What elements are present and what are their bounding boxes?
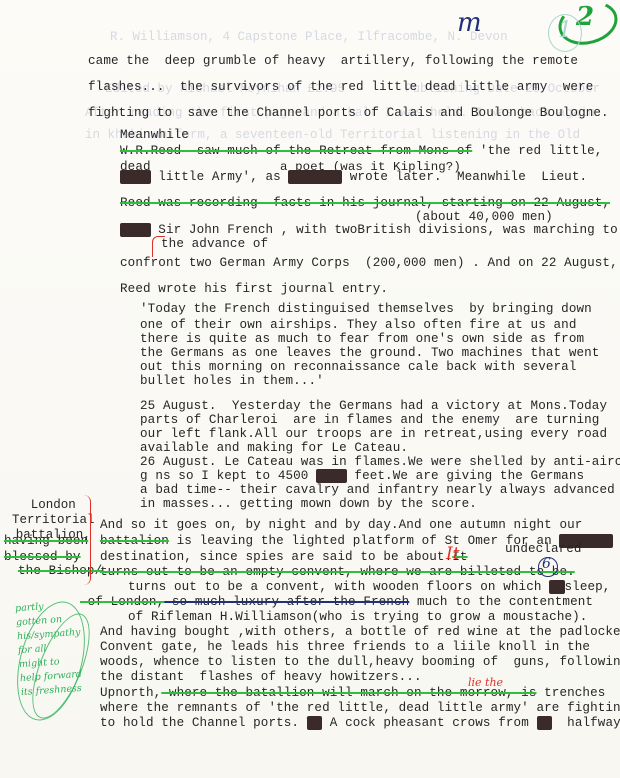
- insertion-caret: [152, 236, 165, 257]
- text-span: halfway: [552, 716, 620, 730]
- circled-number-text: 6: [542, 556, 551, 572]
- margin-struck-text: blessed by: [4, 550, 81, 564]
- text-span: wrote later. Meanwhile Lieut.: [342, 170, 587, 184]
- text-line: turns out to be a convent, with wooden f…: [128, 580, 610, 594]
- text-span: turns out to be a convent, with wooden f…: [128, 580, 549, 594]
- journal-line: there is quite as much to fear from one'…: [140, 332, 584, 346]
- show-through-text: R. Williamson, 4 Capstone Place, Ilfraco…: [110, 30, 508, 44]
- blacked-out-text: on: [537, 716, 552, 730]
- text-span: Upnorth,: [100, 686, 161, 700]
- text-line: destination, since spies are said to be …: [100, 550, 468, 564]
- blacked-out-text: Kipling: [288, 170, 342, 184]
- struck-text: battalion: [100, 534, 169, 548]
- insert-meanwhile: Meanwhile: [120, 128, 189, 142]
- blacked-out-text: we: [549, 580, 564, 594]
- text-line: flashes... the survivors of the red litt…: [88, 80, 593, 94]
- blacked-out-text: feet: [316, 469, 347, 483]
- text-line: of London, so much luxury after the Fren…: [80, 595, 593, 609]
- journal-line: parts of Charleroi are in flames and the…: [140, 413, 599, 427]
- insert-advance: the advance of: [161, 237, 268, 251]
- text-span: destination, since spies are said to be …: [100, 550, 452, 564]
- green-margin-note: partly gotten on his/sympathy for all mi…: [15, 598, 85, 700]
- text-line: Reed wrote his first journal entry.: [120, 282, 388, 296]
- text-line: Reed was recording facts in his journal,…: [120, 196, 610, 210]
- struck-line: turns out to be an empty convent, where …: [100, 565, 575, 579]
- text-line: the distant flashes of heavy howitzers..…: [100, 670, 422, 684]
- struck-text: W.R.Reed saw much of the Retreat from Mo…: [120, 144, 472, 158]
- journal-line: g ns so I kept to 4500 feet feet.We are …: [140, 469, 584, 483]
- text-span: sleep,: [565, 580, 611, 594]
- journal-line: 26 August. Le Cateau was in flames.We we…: [140, 455, 620, 469]
- struck-text: so much luxury after the French: [164, 595, 409, 609]
- journal-line: 'Today the French distinguised themselve…: [140, 302, 592, 316]
- faded-page-number: 1: [558, 18, 572, 43]
- insert-40000-men: (about 40,000 men): [415, 210, 553, 224]
- text-span: g ns so I kept to 4500: [140, 469, 316, 483]
- journal-line: a bad time-- their cavalry and infantry …: [140, 483, 615, 497]
- journal-line: the Germans as one leaves the ground. Tw…: [140, 346, 599, 360]
- text-line: And so it goes on, by night and by day.A…: [100, 518, 582, 532]
- text-line: Convent gate, he leads his three friends…: [100, 640, 590, 654]
- manuscript-page: R. Williamson, 4 Capstone Place, Ilfraco…: [0, 0, 620, 778]
- text-line: Upnorth, where the batallion will march …: [100, 686, 605, 700]
- initial-mark: m: [457, 8, 482, 38]
- text-line: came the deep grumble of heavy artillery…: [88, 54, 578, 68]
- journal-line: our left flank.All our troops are in ret…: [140, 427, 607, 441]
- struck-text: where the batallion will march on the mo…: [161, 686, 536, 700]
- text-line: where the remnants of 'the red little, d…: [100, 701, 620, 715]
- text-span: to hold the Channel ports.: [100, 716, 307, 730]
- red-bracket: [84, 495, 91, 585]
- text-line: W.R.Reed saw much of the Retreat from Mo…: [120, 144, 602, 158]
- text-span: is leaving the lighted platform of St Om…: [177, 534, 560, 548]
- text-span: feet.We are giving the Germans: [347, 469, 584, 483]
- text-line: woods, whence to listen to the dull,heav…: [100, 655, 620, 669]
- insert-undeclared: undeclared: [505, 542, 582, 556]
- journal-line: available and making for Le Cateau.: [140, 441, 408, 455]
- text-span: A cock pheasant crows from: [322, 716, 536, 730]
- journal-line: out this morning on reconnaissance cale …: [140, 360, 576, 374]
- text-line: of Rifleman H.Williamson(who is trying t…: [128, 610, 587, 624]
- journal-line: 25 August. Yesterday the Germans had a v…: [140, 399, 607, 413]
- text-span: trenches: [536, 686, 605, 700]
- journal-line: one of their own airships. They also oft…: [140, 318, 576, 332]
- text-span: Sir John French , with twoBritish divisi…: [151, 223, 618, 237]
- text-line: dead little Army', as Kipling wrote late…: [120, 170, 587, 184]
- struck-text: of London,: [80, 595, 164, 609]
- text-span: little Army', as: [151, 170, 289, 184]
- blacked-out-text: when: [120, 223, 151, 237]
- margin-struck-text: having been: [4, 534, 88, 548]
- text-span: much to the contentment: [409, 595, 593, 609]
- text-line: fighting to save the Channel ports of Ca…: [88, 106, 609, 120]
- blacked-out-text: dead: [120, 170, 151, 184]
- text-span: 'the red little,: [472, 144, 602, 158]
- blacked-out-text: We: [307, 716, 322, 730]
- journal-line: bullet holes in them...': [140, 374, 324, 388]
- text-line: when Sir John French , with twoBritish d…: [120, 223, 618, 237]
- text-line: to hold the Channel ports. We A cock phe…: [100, 716, 620, 730]
- struck-text: Reed was recording facts in his journal,…: [120, 196, 610, 210]
- text-line: confront two German Army Corps (200,000 …: [120, 256, 618, 270]
- text-line: And having bought ,with others, a bottle…: [100, 625, 620, 639]
- journal-line: in masses... getting mown down by the sc…: [140, 497, 477, 511]
- handwritten-it: It: [446, 544, 460, 564]
